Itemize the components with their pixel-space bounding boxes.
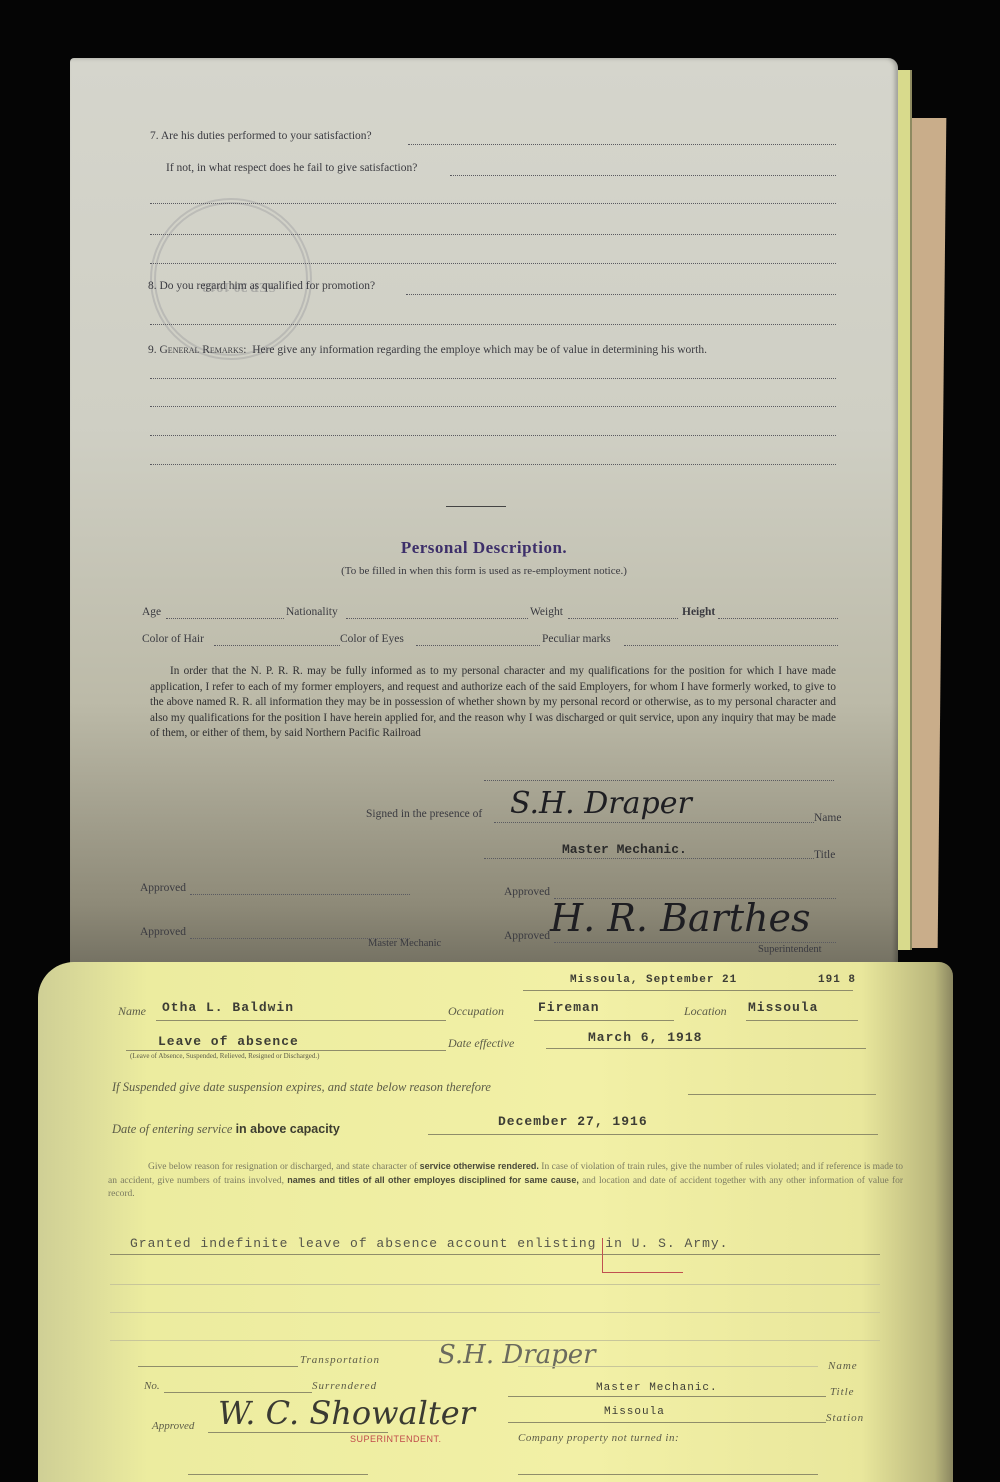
reason-line[interactable] [110, 1312, 880, 1313]
occupation-line [534, 1020, 674, 1021]
year: 191 8 [818, 974, 856, 986]
witness-title-value: Master Mechanic. [562, 842, 687, 857]
applicant-signature-line[interactable] [484, 780, 834, 781]
surrendered-label: Surrendered [312, 1380, 377, 1392]
bottom-line [188, 1474, 368, 1475]
transportation-label: Transportation [300, 1354, 380, 1366]
remarks-line[interactable] [150, 464, 836, 465]
title-label: Title [814, 849, 835, 861]
red-pencil-mark [602, 1238, 683, 1273]
signer-title-line [508, 1396, 826, 1397]
q7-followup-line[interactable] [450, 175, 836, 176]
location-label: Location [684, 1004, 727, 1019]
status-hint: (Leave of Absence, Suspended, Relieved, … [130, 1052, 319, 1060]
date-effective-line [546, 1048, 866, 1049]
hair-color-field[interactable] [214, 645, 340, 646]
remarks-line[interactable] [150, 406, 836, 407]
approved-label-1: Approved [140, 882, 186, 894]
no-label: No. [144, 1380, 160, 1392]
age-field[interactable] [166, 618, 284, 619]
employee-name[interactable]: Otha L. Baldwin [162, 1000, 294, 1015]
question-8: 8. Do you regard him as qualified for pr… [148, 280, 375, 292]
q7-extra-line[interactable] [150, 234, 836, 235]
approved-label-2: Approved [504, 886, 550, 898]
name-label: Name [814, 812, 841, 824]
company-property-line[interactable] [518, 1474, 818, 1475]
location-value[interactable]: Missoula [748, 1000, 818, 1015]
remarks-line[interactable] [150, 435, 836, 436]
question-7-followup: If not, in what respect does he fail to … [166, 162, 417, 174]
signed-presence-label: Signed in the presence of [366, 808, 482, 820]
section-divider [446, 506, 506, 507]
witness-name-line[interactable] [494, 822, 814, 823]
approved-line-4[interactable] [554, 942, 836, 943]
suspended-line[interactable] [688, 1094, 876, 1095]
name-label: Name [118, 1004, 146, 1019]
status-value[interactable]: Leave of absence [158, 1034, 299, 1049]
height-label: Height [682, 606, 715, 618]
leave-notice-form: Missoula, September 21 191 8 Name Otha L… [38, 962, 953, 1482]
location-line [746, 1020, 858, 1021]
witness-signature: S.H. Draper [510, 786, 692, 821]
suspended-label: If Suspended give date suspension expire… [112, 1080, 491, 1095]
age-label: Age [142, 606, 161, 618]
authorization-paragraph: In order that the N. P. R. R. may be ful… [150, 664, 836, 742]
question-9: 9. General Remarks: Here give any inform… [148, 344, 707, 356]
eye-color-label: Color of Eyes [340, 633, 404, 645]
title-label: Title [830, 1386, 855, 1398]
occupation-label: Occupation [448, 1004, 504, 1019]
name-line [156, 1020, 446, 1021]
station-line [508, 1422, 826, 1423]
q8-extra-line[interactable] [150, 324, 836, 325]
nationality-label: Nationality [286, 606, 338, 618]
superintendent-signature: H. R. Barthes [550, 896, 811, 940]
personal-description-title: Personal Description. [70, 538, 898, 558]
weight-label: Weight [530, 606, 563, 618]
q7-extra-line[interactable] [150, 203, 836, 204]
approved-line-1[interactable] [190, 894, 410, 895]
q7-extra-line[interactable] [150, 263, 836, 264]
date-effective-value[interactable]: March 6, 1918 [588, 1030, 702, 1045]
superintendent-label: Superintendent [758, 944, 822, 955]
signer-name-line [518, 1366, 818, 1367]
approver-signature: W. C. Showalter [218, 1394, 475, 1432]
peculiar-marks-label: Peculiar marks [542, 633, 611, 645]
peculiar-marks-field[interactable] [624, 645, 838, 646]
station-label: Station [826, 1412, 864, 1424]
occupation-value[interactable]: Fireman [538, 1000, 600, 1015]
master-mechanic-label: Master Mechanic [368, 938, 441, 949]
received-date-stamp: SEP 30 1918 [150, 198, 312, 360]
place-date: Missoula, September 21 [570, 974, 737, 986]
remarks-line[interactable] [150, 378, 836, 379]
employment-record-form: SEP 30 1918 7. Are his duties performed … [70, 58, 898, 978]
entering-service-line [428, 1134, 878, 1135]
height-field[interactable] [718, 618, 838, 619]
reason-line [110, 1254, 880, 1255]
status-line [126, 1050, 446, 1051]
number-line[interactable] [164, 1392, 312, 1393]
approved-label-4: Approved [504, 930, 550, 942]
eye-color-field[interactable] [416, 645, 540, 646]
weight-field[interactable] [568, 618, 678, 619]
entering-service-label: Date of entering service in above capaci… [112, 1122, 340, 1137]
superintendent-stamp: SUPERINTENDENT. [350, 1434, 442, 1444]
personal-description-subtitle: (To be filled in when this form is used … [70, 565, 898, 577]
approver-line [208, 1432, 388, 1433]
entering-service-value[interactable]: December 27, 1916 [498, 1114, 648, 1129]
transportation-line[interactable] [138, 1366, 298, 1367]
signer-title-value: Master Mechanic. [596, 1382, 718, 1394]
station-value: Missoula [604, 1406, 665, 1418]
q8-answer-line[interactable] [406, 294, 836, 295]
company-property-label: Company property not turned in: [518, 1432, 679, 1444]
nationality-field[interactable] [346, 618, 528, 619]
question-7: 7. Are his duties performed to your sati… [150, 130, 372, 142]
q7-answer-line[interactable] [408, 144, 836, 145]
witness-title-line[interactable] [484, 858, 814, 859]
approved-label: Approved [152, 1420, 194, 1432]
date-effective-label: Date effective [448, 1036, 514, 1051]
approved-label-3: Approved [140, 926, 186, 938]
hair-color-label: Color of Hair [142, 633, 204, 645]
date-line [523, 990, 853, 991]
reason-line[interactable] [110, 1284, 880, 1285]
name-field-label: Name [828, 1360, 858, 1372]
instructions-text: Give below reason for resignation or dis… [108, 1160, 903, 1201]
